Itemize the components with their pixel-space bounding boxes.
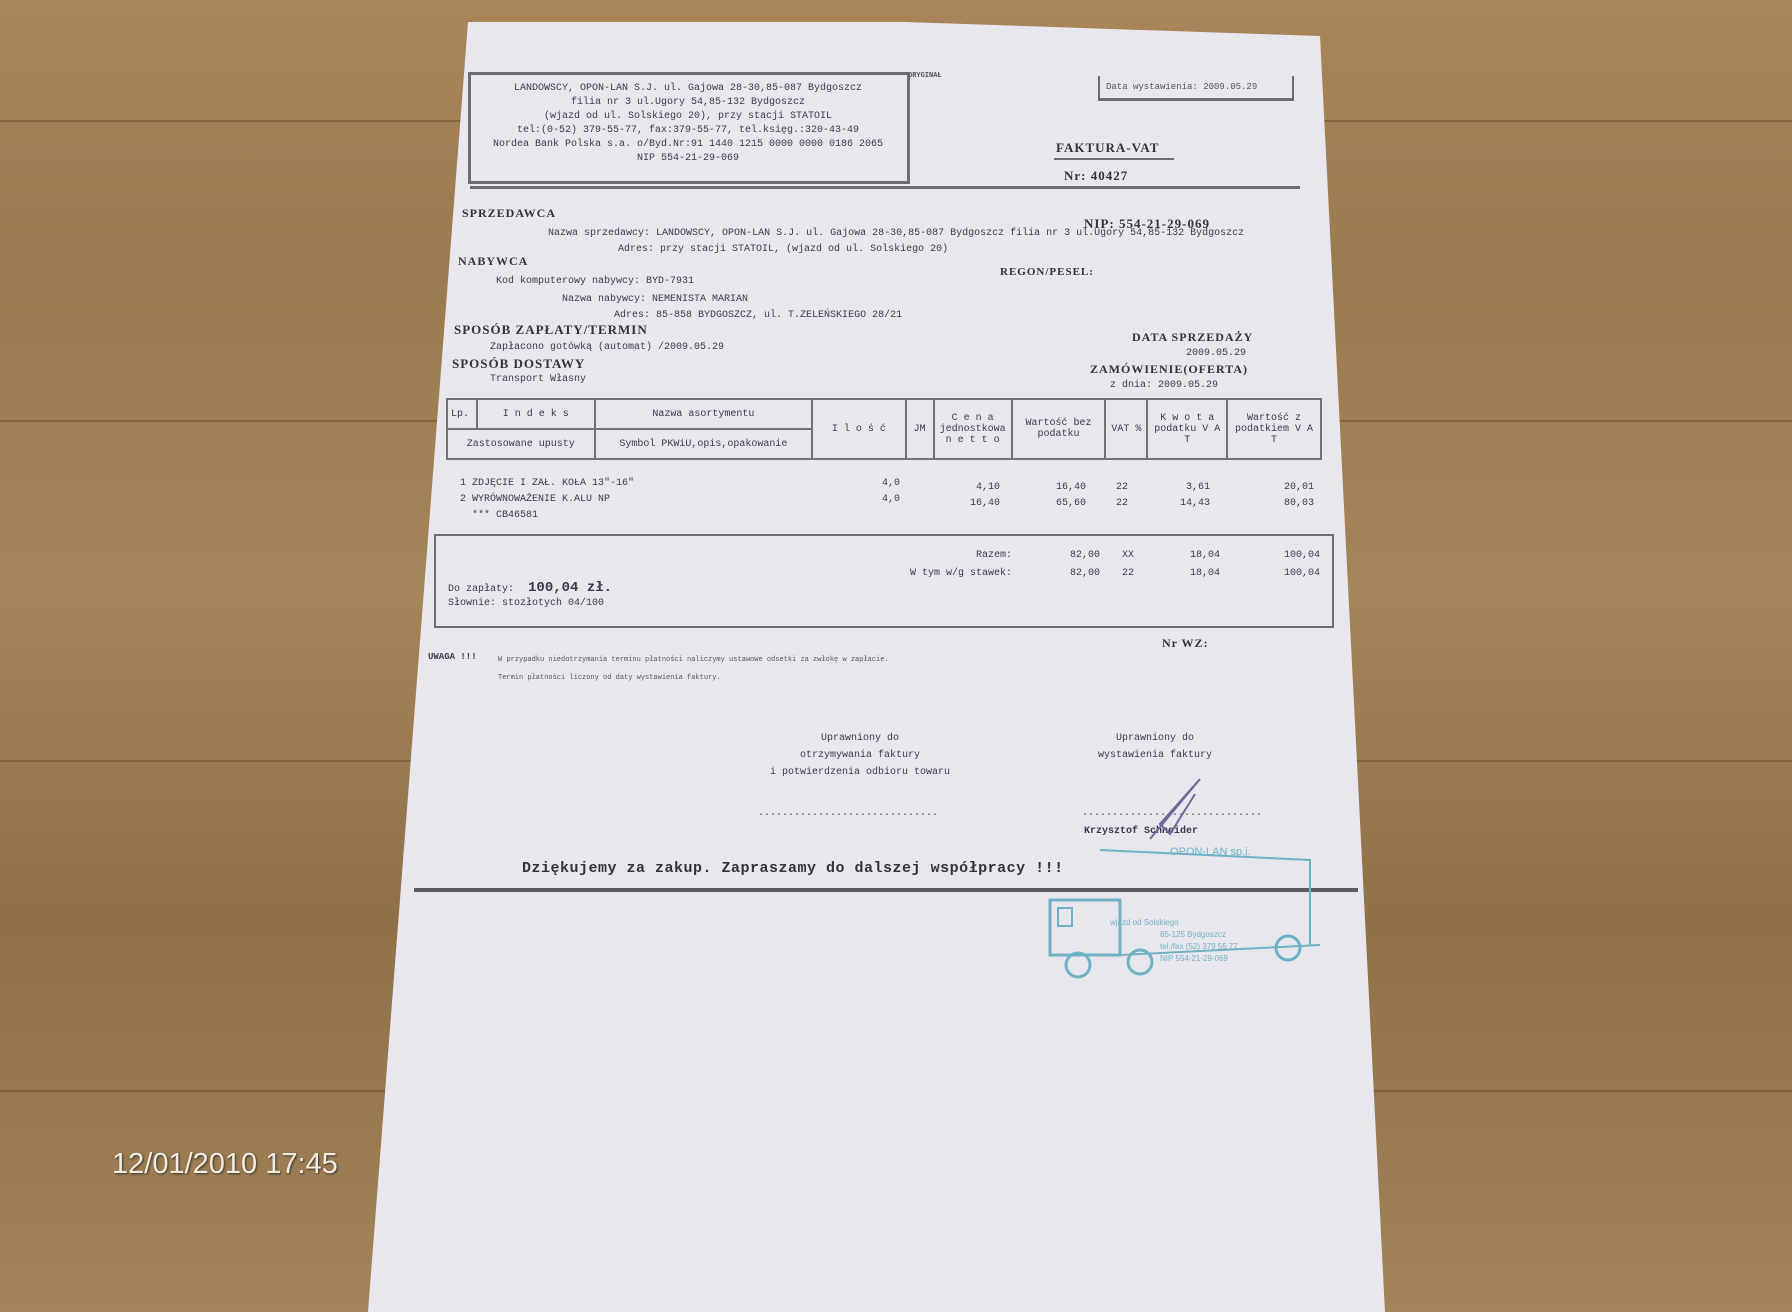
item-gross: 20,01 xyxy=(1264,482,1314,493)
buyer-name-value: NEMENISTA MARIAN xyxy=(652,294,748,305)
buyer-name-label: Nazwa nabywcy: xyxy=(562,294,646,305)
stamp-line: wjazd od Solskiego xyxy=(1110,918,1178,927)
receiver-line: otrzymywania faktury xyxy=(740,747,980,764)
amount-in-words: Słownie: stozłotych 04/100 xyxy=(448,598,604,609)
to-pay-row: Do zapłaty: 100,04 zł. xyxy=(448,580,612,596)
company-line: NIP 554-21-29-069 xyxy=(472,152,904,166)
company-info: LANDOWSCY, OPON-LAN S.J. ul. Gajowa 28-3… xyxy=(472,82,904,166)
buyer-address-row: Adres: 85-858 BYDGOSZCZ, ul. T.ZELEŃSKIE… xyxy=(614,310,902,321)
company-line: filia nr 3 ul.Ugory 54,85-132 Bydgoszcz xyxy=(472,96,904,110)
seller-address-row: Adres: przy stacji STATOIL, (wjazd od ul… xyxy=(618,244,948,255)
buyer-name-row: Nazwa nabywcy: NEMENISTA MARIAN xyxy=(562,294,748,305)
invoice-document: LANDOWSCY, OPON-LAN S.J. ul. Gajowa 28-3… xyxy=(0,0,1792,1312)
receiver-line: Uprawniony do xyxy=(740,730,980,747)
col-vat-amount: K w o t a podatku V A T xyxy=(1147,399,1227,459)
receiver-signature-label: Uprawniony do otrzymywania faktury i pot… xyxy=(740,730,980,781)
item-gross: 80,03 xyxy=(1264,498,1314,509)
wz-number: Nr WZ: xyxy=(1162,636,1209,651)
stamp-title: OPON-LAN sp.j. xyxy=(1170,846,1251,858)
item-qty: 4,0 xyxy=(860,478,900,489)
order-date: z dnia: 2009.05.29 xyxy=(1110,380,1218,391)
stamp-line: 85-125 Bydgoszcz xyxy=(1160,930,1226,939)
item-extra-line: *** CB46581 xyxy=(472,510,538,521)
seller-heading: SPRZEDAWCA xyxy=(462,206,556,221)
seller-name-row: Nazwa sprzedawcy: LANDOWSCY, OPON-LAN S.… xyxy=(548,228,1244,239)
stamp-line: tel./fax (52) 379 55 77 xyxy=(1160,942,1238,951)
item-price: 4,10 xyxy=(950,482,1000,493)
seller-address-value: przy stacji STATOIL, (wjazd od ul. Solsk… xyxy=(660,244,948,255)
rate-label: W tym w/g stawek: xyxy=(880,568,1012,579)
rate-net: 82,00 xyxy=(1050,568,1100,579)
razem-net: 82,00 xyxy=(1050,550,1100,561)
rate-vat-amount: 18,04 xyxy=(1170,568,1220,579)
seller-name-value: LANDOWSCY, OPON-LAN S.J. ul. Gajowa 28-3… xyxy=(656,228,1244,239)
item-vat: 22 xyxy=(1116,498,1128,509)
original-label: ORYGINAŁ xyxy=(908,72,942,80)
item-desc: 2 WYRÓWNOWAŻENIE K.ALU NP xyxy=(460,494,610,505)
rate-gross: 100,04 xyxy=(1266,568,1320,579)
col-price: C e n a jednostkowa n e t t o xyxy=(934,399,1012,459)
receiver-signature-line: .............................. xyxy=(758,808,938,819)
col-gross: Wartość z podatkiem V A T xyxy=(1227,399,1321,459)
items-table-header: Lp. I n d e k s Nazwa asortymentu I l o … xyxy=(446,398,1322,460)
to-pay-value: 100,04 zł. xyxy=(528,580,612,596)
photo-timestamp: 12/01/2010 17:45 xyxy=(112,1148,338,1181)
col-index: I n d e k s xyxy=(477,399,595,429)
delivery-value: Transport Własny xyxy=(490,374,586,385)
notice-line1: W przypadku niedotrzymania terminu płatn… xyxy=(498,656,889,664)
col-unit: JM xyxy=(906,399,934,459)
invoice-title: FAKTURA-VAT xyxy=(1056,140,1159,156)
item-net: 16,40 xyxy=(1036,482,1086,493)
item-price: 16,40 xyxy=(950,498,1000,509)
invoice-number: Nr: 40427 xyxy=(1064,168,1128,184)
company-line: Nordea Bank Polska s.a. o/Byd.Nr:91 1440… xyxy=(472,138,904,152)
razem-gross: 100,04 xyxy=(1266,550,1320,561)
col-name: Nazwa asortymentu xyxy=(595,399,813,429)
sale-date-heading: DATA SPRZEDAŻY xyxy=(1132,330,1253,345)
buyer-code-value: BYD-7931 xyxy=(646,276,694,287)
notice-label: UWAGA !!! xyxy=(428,652,477,662)
header-divider xyxy=(470,186,1300,189)
sale-date: 2009.05.29 xyxy=(1186,348,1246,359)
item-vat-amount: 3,61 xyxy=(1160,482,1210,493)
col-qty: I l o ś ć xyxy=(812,399,906,459)
buyer-heading: NABYWCA xyxy=(458,254,528,269)
title-divider xyxy=(1054,158,1174,160)
rate-vat: 22 xyxy=(1122,568,1134,579)
issue-date: Data wystawienia: 2009.05.29 xyxy=(1106,82,1257,92)
razem-vat-amount: 18,04 xyxy=(1170,550,1220,561)
item-net: 65,60 xyxy=(1036,498,1086,509)
thank-you-footer: Dziękujemy za zakup. Zapraszamy do dalsz… xyxy=(522,860,1064,877)
item-vat: 22 xyxy=(1116,482,1128,493)
col-discounts: Zastosowane upusty xyxy=(447,429,595,459)
company-line: tel:(0-52) 379-55-77, fax:379-55-77, tel… xyxy=(472,124,904,138)
seller-address-label: Adres: xyxy=(618,244,654,255)
col-lp: Lp. xyxy=(447,399,477,429)
issuer-line: Uprawniony do xyxy=(1060,730,1250,747)
company-line: (wjazd od ul. Solskiego 20), przy stacji… xyxy=(472,110,904,124)
order-heading: ZAMÓWIENIE(OFERTA) xyxy=(1090,362,1248,377)
item-vat-amount: 14,43 xyxy=(1160,498,1210,509)
col-net: Wartość bez podatku xyxy=(1012,399,1106,459)
col-vat: VAT % xyxy=(1105,399,1147,459)
stamp-line: NIP 554-21-29-069 xyxy=(1160,954,1228,963)
buyer-address-value: 85-858 BYDGOSZCZ, ul. T.ZELEŃSKIEGO 28/2… xyxy=(656,310,902,321)
buyer-code-label: Kod komputerowy nabywcy: xyxy=(496,276,640,287)
item-qty: 4,0 xyxy=(860,494,900,505)
razem-label: Razem: xyxy=(880,550,1012,561)
payment-heading: SPOSÓB ZAPŁATY/TERMIN xyxy=(454,322,648,338)
to-pay-label: Do zapłaty: xyxy=(448,584,514,595)
razem-vat: XX xyxy=(1122,550,1134,561)
buyer-address-label: Adres: xyxy=(614,310,650,321)
notice-line2: Termin płatności liczony od daty wystawi… xyxy=(498,674,721,682)
buyer-regon: REGON/PESEL: xyxy=(1000,266,1094,278)
issuer-line: wystawienia faktury xyxy=(1060,747,1250,764)
col-symbol: Symbol PKWiU,opis,opakowanie xyxy=(595,429,813,459)
item-desc: 1 ZDJĘCIE I ZAŁ. KOŁA 13"-16" xyxy=(460,478,634,489)
buyer-code-row: Kod komputerowy nabywcy: BYD-7931 xyxy=(496,276,694,287)
delivery-heading: SPOSÓB DOSTAWY xyxy=(452,356,585,372)
issuer-signature-label: Uprawniony do wystawienia faktury xyxy=(1060,730,1250,764)
receiver-line: i potwierdzenia odbioru towaru xyxy=(740,764,980,781)
company-line: LANDOWSCY, OPON-LAN S.J. ul. Gajowa 28-3… xyxy=(472,82,904,96)
payment-value: Zapłacono gotówką (automat) /2009.05.29 xyxy=(490,342,724,353)
seller-name-label: Nazwa sprzedawcy: xyxy=(548,228,650,239)
